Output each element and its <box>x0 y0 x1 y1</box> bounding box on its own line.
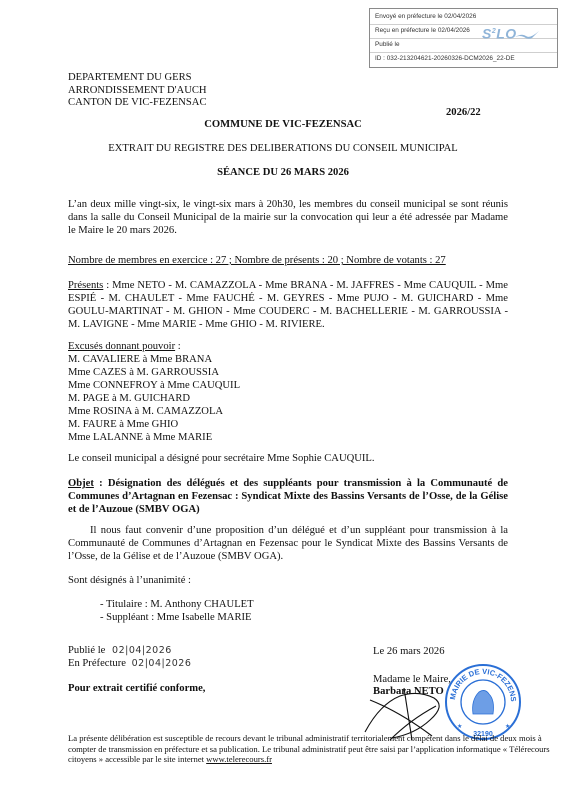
extract-title: EXTRAIT DU REGISTRE DES DELIBERATIONS DU… <box>0 142 566 155</box>
object-label: Objet <box>68 478 94 489</box>
canton: CANTON DE VIC-FEZENSAC <box>68 97 207 110</box>
certified-conform: Pour extrait certifié conforme, <box>68 682 205 695</box>
stamp-id: ID : 032-213204621-20260326-DCM2026_22-D… <box>375 52 515 65</box>
arrondissement: ARRONDISSEMENT D'AUCH <box>68 85 207 98</box>
session-title: SÉANCE DU 26 MARS 2026 <box>0 166 566 179</box>
prefecture-date-handwritten: 02|04|2026 <box>132 658 192 669</box>
excused-colon: : <box>175 341 181 352</box>
telerecours-link[interactable]: www.telerecours.fr <box>206 754 272 764</box>
published-row: Publié le 02|04|2026 <box>68 644 172 657</box>
excused-label: Excusés donnant pouvoir <box>68 341 175 352</box>
logo-s: S <box>482 26 492 42</box>
prefecture-row: En Préfecture 02|04|2026 <box>68 657 191 670</box>
present-label: Présents <box>68 280 103 291</box>
appeal-notice: La présente délibération est susceptible… <box>68 733 558 765</box>
paper-plane-icon <box>514 29 540 41</box>
proxy-item: M. PAGE à M. GUICHARD <box>68 392 508 405</box>
intro-paragraph: L’an deux mille vingt-six, le vingt-six … <box>68 198 508 237</box>
excused-section: Excusés donnant pouvoir : M. CAVALIERE à… <box>68 340 508 444</box>
proposal-paragraph: Il nous faut convenir d’une proposition … <box>68 524 508 563</box>
proxy-item: M. CAVALIERE à Mme BRANA <box>68 353 508 366</box>
mairie-seal: MAIRIE DE VIC-FEZENSAC 32190 ★ ★ <box>443 662 523 742</box>
substitute-line: - Suppléant : Mme Isabelle MARIE <box>100 611 252 624</box>
stamp-sent: Envoyé en préfecture le 02/04/2026 <box>375 10 476 23</box>
s2lo-logo: S2LO <box>482 25 517 41</box>
administrative-header: DEPARTEMENT DU GERS ARRONDISSEMENT D'AUC… <box>68 72 207 110</box>
present-list: : Mme NETO - M. CAMAZZOLA - Mme BRANA - … <box>68 280 508 330</box>
published-date-handwritten: 02|04|2026 <box>112 645 172 656</box>
secretary-line: Le conseil municipal a désigné pour secr… <box>68 452 508 465</box>
stamp-received: Reçu en préfecture le 02/04/2026 <box>375 24 470 37</box>
proxy-item: M. FAURE à Mme GHIO <box>68 418 508 431</box>
department: DEPARTEMENT DU GERS <box>68 72 207 85</box>
proxy-item: Mme CONNEFROY à Mme CAUQUIL <box>68 379 508 392</box>
object-paragraph: Objet : Désignation des délégués et des … <box>68 477 508 516</box>
object-text: : Désignation des délégués et des supplé… <box>68 478 508 515</box>
commune-title: COMMUNE DE VIC-FEZENSAC <box>0 118 566 131</box>
svg-text:★: ★ <box>457 723 462 730</box>
unanimity-line: Sont désignés à l’unanimité : <box>68 574 508 587</box>
proxy-item: Mme CAZES à M. GARROUSSIA <box>68 366 508 379</box>
published-label: Publié le <box>68 645 105 656</box>
titular-line: - Titulaire : M. Anthony CHAULET <box>100 598 254 611</box>
stamp-published: Publié le <box>375 38 400 51</box>
svg-text:★: ★ <box>505 723 510 730</box>
proxy-item: Mme LALANNE à Mme MARIE <box>68 431 508 444</box>
appeal-text: La présente délibération est susceptible… <box>68 733 550 764</box>
present-paragraph: Présents : Mme NETO - M. CAMAZZOLA - Mme… <box>68 279 508 331</box>
prefecture-label: En Préfecture <box>68 658 126 669</box>
signature-date: Le 26 mars 2026 <box>373 645 445 658</box>
proxy-item: Mme ROSINA à M. CAMAZZOLA <box>68 405 508 418</box>
member-counts: Nombre de membres en exercice : 27 ; Nom… <box>68 254 508 267</box>
